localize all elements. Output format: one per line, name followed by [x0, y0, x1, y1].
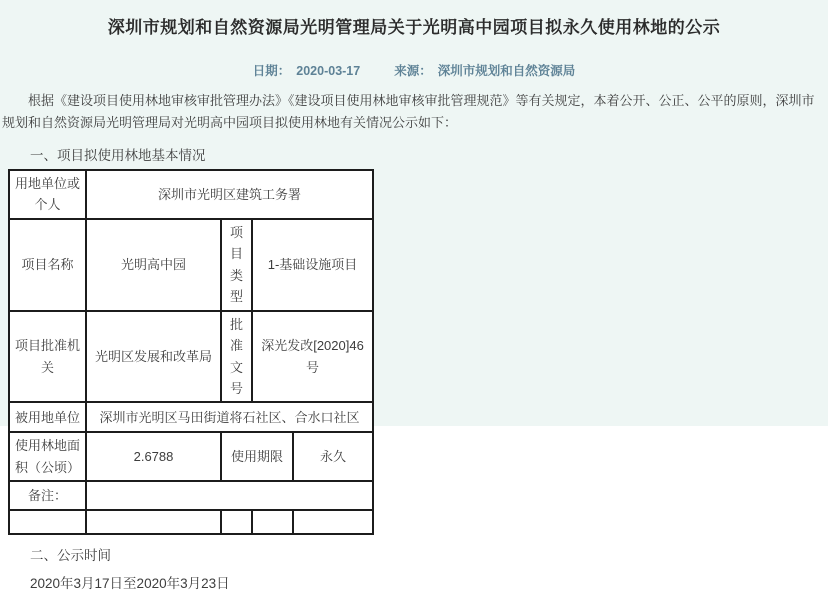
cell-label: 项目名称: [9, 219, 86, 311]
cell-value: 深光发改[2020]46号: [252, 311, 373, 403]
source-label: 来源：: [394, 64, 432, 78]
table-row: 用地单位或个人 深圳市光明区建筑工务署: [9, 170, 373, 219]
date-value: 2020-03-17: [296, 64, 360, 78]
cell-value: 深圳市光明区建筑工务署: [86, 170, 373, 219]
intro-paragraph: 根据《建设项目使用林地审核审批管理办法》《建设项目使用林地审核审批管理规范》等有…: [2, 90, 820, 134]
cell-value: 深圳市光明区马田街道将石社区、合水口社区: [86, 402, 373, 432]
meta-line: 日期：2020-03-17来源：深圳市规划和自然资源局: [0, 61, 828, 79]
table-row: 被用地单位 深圳市光明区马田街道将石社区、合水口社区: [9, 402, 373, 432]
land-use-table: 用地单位或个人 深圳市光明区建筑工务署 项目名称 光明高中园 项目类型 1-基础…: [8, 169, 374, 435]
cell-label: 被用地单位: [9, 402, 86, 432]
table-row: 项目批准机关 光明区发展和改革局 批准文号 深光发改[2020]46号: [9, 311, 373, 403]
cell-label: 项目类型: [221, 219, 252, 311]
page-title: 深圳市规划和自然资源局光明管理局关于光明高中园项目拟永久使用林地的公示: [0, 0, 828, 38]
notice-page: 深圳市规划和自然资源局光明管理局关于光明高中园项目拟永久使用林地的公示 日期：2…: [0, 0, 828, 426]
source-value: 深圳市规划和自然资源局: [438, 64, 576, 78]
cell-label: 项目批准机关: [9, 311, 86, 403]
cell-value: 光明区发展和改革局: [86, 311, 221, 403]
cell-label: 用地单位或个人: [9, 170, 86, 219]
section1-heading: 一、项目拟使用林地基本情况: [30, 144, 828, 164]
cell-value: 1-基础设施项目: [252, 219, 373, 311]
date-label: 日期：: [253, 64, 291, 78]
cell-value: 光明高中园: [86, 219, 221, 311]
table-row: 项目名称 光明高中园 项目类型 1-基础设施项目: [9, 219, 373, 311]
cell-label: 批准文号: [221, 311, 252, 403]
